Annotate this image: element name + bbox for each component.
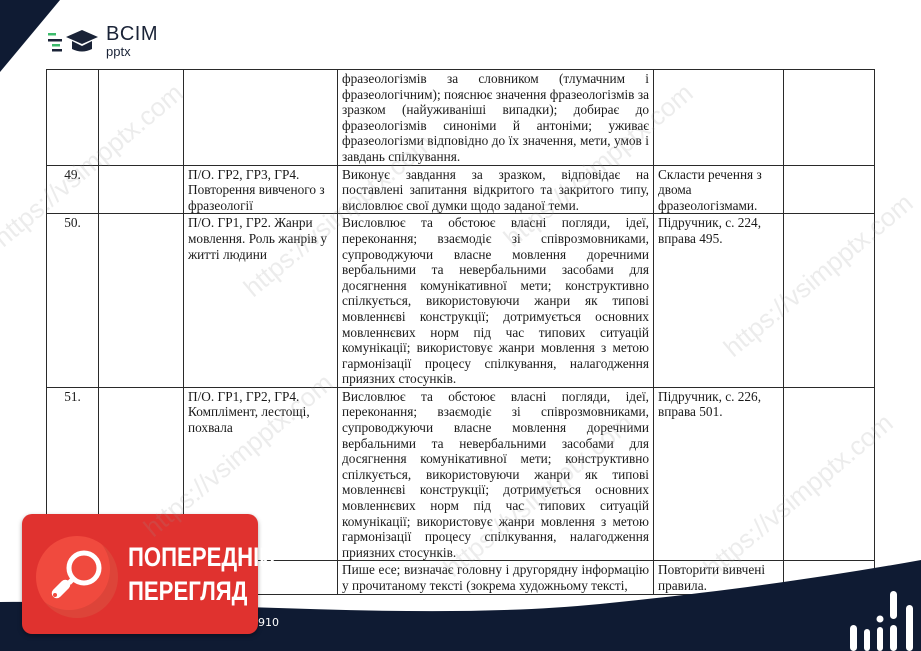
lesson-date xyxy=(99,214,184,388)
table-row: 50. П/О. ГР1, ГР2. Жанри мовлення. Роль … xyxy=(47,214,875,388)
preview-label: ПОПЕРЕДНІЙ ПЕРЕГЛЯД xyxy=(128,540,275,608)
homework: Підручник, с. 224, вправа 495. xyxy=(654,214,784,388)
preview-label-line2: ПЕРЕГЛЯД xyxy=(128,574,275,608)
notes xyxy=(784,165,875,214)
notes xyxy=(784,387,875,561)
lesson-date xyxy=(99,70,184,166)
lesson-topic xyxy=(184,70,338,166)
preview-badge[interactable]: ПОПЕРЕДНІЙ ПЕРЕГЛЯД xyxy=(22,514,258,634)
preview-label-line1: ПОПЕРЕДНІЙ xyxy=(128,540,275,574)
notes xyxy=(784,214,875,388)
learning-outcomes: фразеологізмів за словником (тлумачним і… xyxy=(338,70,654,166)
notes xyxy=(784,70,875,166)
table-row: 49. П/О. ГР2, ГР3, ГР4. Повторення вивче… xyxy=(47,165,875,214)
brand-title: BCIM xyxy=(106,24,158,44)
page-number: 910 xyxy=(258,616,279,629)
lesson-date xyxy=(99,165,184,214)
homework xyxy=(654,70,784,166)
homework: Підручник, с. 226, вправа 501. xyxy=(654,387,784,561)
brand-bars-icon xyxy=(848,585,918,651)
brand-logo: BCIM pptx xyxy=(48,24,158,58)
lesson-number: 49. xyxy=(47,165,99,214)
lesson-topic: П/О. ГР1, ГР2. Жанри мовлення. Роль жанр… xyxy=(184,214,338,388)
lesson-number: 50. xyxy=(47,214,99,388)
graduation-cap-icon xyxy=(48,27,102,55)
preview-circle xyxy=(36,536,118,618)
lesson-topic: П/О. ГР2, ГР3, ГР4. Повторення вивченого… xyxy=(184,165,338,214)
learning-outcomes: Висловлює та обстоює власні погляди, іде… xyxy=(338,387,654,561)
learning-outcomes: Висловлює та обстоює власні погляди, іде… xyxy=(338,214,654,388)
lesson-number xyxy=(47,70,99,166)
table-row: фразеологізмів за словником (тлумачним і… xyxy=(47,70,875,166)
magnifier-icon xyxy=(36,536,118,618)
learning-outcomes: Виконує завдання за зразком, відповідає … xyxy=(338,165,654,214)
homework: Скласти речення з двома фразеологізмами. xyxy=(654,165,784,214)
brand-subtitle: pptx xyxy=(106,45,158,58)
